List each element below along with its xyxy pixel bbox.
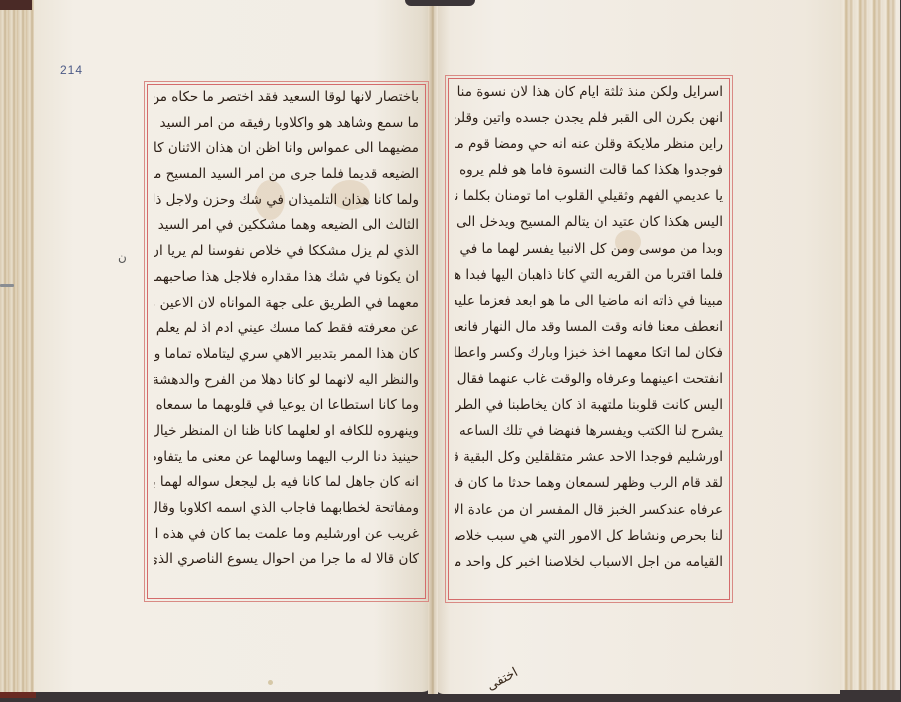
text-line: اليس هكذا كان عتيد ان يتالم المسيح ويدخل…: [455, 209, 723, 235]
right-fore-edge: [840, 0, 901, 702]
text-line: اسرايل ولكن منذ ثلثة ايام كان هذا لان نس…: [455, 79, 723, 105]
text-line: عن معرفته فقط كما مسك عيني ادم اذ لم يعل…: [154, 316, 419, 342]
text-line: اليس كانت قلوبنا ملتهبة اذ كان يخاطبنا ف…: [455, 392, 723, 418]
bookmark-clip: [0, 284, 14, 287]
text-line: وما كانا استطاعا ان يوعيا في قلوبهما ما …: [154, 393, 419, 419]
text-line: حينيذ دنا الرب اليهما وسالهما عن معنى ما…: [154, 445, 419, 471]
text-line: ان يكونا في شك هذا مقداره فلاجل هذا صاحب…: [154, 265, 419, 291]
text-line: ولما كانا هذان التلميذان في شك وحزن ولاج…: [154, 188, 419, 214]
text-line: اورشليم فوجدا الاحد عشر متقلقلين وكل الب…: [455, 444, 723, 470]
text-line: معهما في الطريق على جهة المواناه لان الا…: [154, 291, 419, 317]
text-line: يشرح لنا الكتب ويفسرها فنهضا في تلك السا…: [455, 418, 723, 444]
text-line: لنا بحرص ونشاط كل الامور التي هي سبب خلا…: [455, 523, 723, 549]
text-line: ومفاتحة لخطابهما فاجاب الذي اسمه اكلاوبا…: [154, 496, 419, 522]
text-line: غريب عن اورشليم وما علمت بما كان في هذه …: [154, 522, 419, 548]
text-line: فلما اقتربا من القريه التي كانا ذاهبان ا…: [455, 262, 723, 288]
text-line: يا عديمي الفهم وثقيلي القلوب اما تومنان …: [455, 183, 723, 209]
text-line: كان قالا له ما جرا من احوال يسوع الناصري…: [154, 547, 419, 573]
text-line: الضيعه قديما فلما جرى من امر السيد المسي…: [154, 162, 419, 188]
text-line: عرفاه عندكسر الخبز قال المفسر ان من عادة…: [455, 497, 723, 523]
right-text-block: اسرايل ولكن منذ ثلثة ايام كان هذا لان نس…: [448, 78, 730, 600]
text-line: فوجدوا هكذا كما قالت النسوة فاما هو فلم …: [455, 157, 723, 183]
text-line: باختصار لانها لوقا السعيد فقد اختصر ما ح…: [154, 85, 419, 111]
text-line: راين منظر ملايكة وقلن عنه انه حي ومضا قو…: [455, 131, 723, 157]
cover-corner: [0, 0, 32, 10]
text-line: فكان لما اتكا معهما اخذ خبزا وبارك وكسر …: [455, 340, 723, 366]
text-line: والنظر اليه لانهما لو كانا دهلا من الفرح…: [154, 368, 419, 394]
text-line: مبينا في ذاته انه ماضيا الى ما هو ابعد ف…: [455, 288, 723, 314]
text-line: ما سمع وشاهد هو واكلاوبا رفيقه من امر ال…: [154, 111, 419, 137]
text-line: انه كان جاهل لما كانا فيه بل ليجعل سواله…: [154, 470, 419, 496]
text-line: كان هذا الممر بتدبير الاهي سري ليتاملاه …: [154, 342, 419, 368]
margin-mark: ن: [118, 250, 127, 264]
spine-top: [405, 0, 475, 6]
text-line: وينهروه للكافه او لعلهما كانا ظنا ان الم…: [154, 419, 419, 445]
text-line: انهن بكرن الى القبر فلم يجدن جسده واتين …: [455, 105, 723, 131]
text-line: الثالث الى الضيعه وهما مشككين في امر الس…: [154, 213, 419, 239]
text-line: الذي لم يزل مشككا في خلاص نفوسنا لم يريا…: [154, 239, 419, 265]
manuscript-spread: 214 ن اختفى باختصار لانها لوقا السعيد فق…: [0, 0, 901, 702]
text-line: وبدا من موسى ومن كل الانبيا يفسر لهما ما…: [455, 236, 723, 262]
gutter: [428, 0, 438, 694]
left-text-block: باختصار لانها لوقا السعيد فقد اختصر ما ح…: [147, 84, 426, 599]
folio-number: 214: [60, 63, 83, 77]
text-line: انفتحت اعينهما وعرفاه والوقت غاب عنهما ف…: [455, 366, 723, 392]
text-line: انعطف معنا فانه وقت المسا وقد مال النهار…: [455, 314, 723, 340]
text-line: لقد قام الرب وظهر لسمعان وهما حدثا ما كا…: [455, 470, 723, 496]
text-line: القيامه من اجل الاسباب لخلاصنا اخبر كل و…: [455, 549, 723, 575]
text-line: مضيهما الى عمواس وانا اظن ان هذان الاثنا…: [154, 136, 419, 162]
left-fore-edge: [0, 0, 36, 698]
